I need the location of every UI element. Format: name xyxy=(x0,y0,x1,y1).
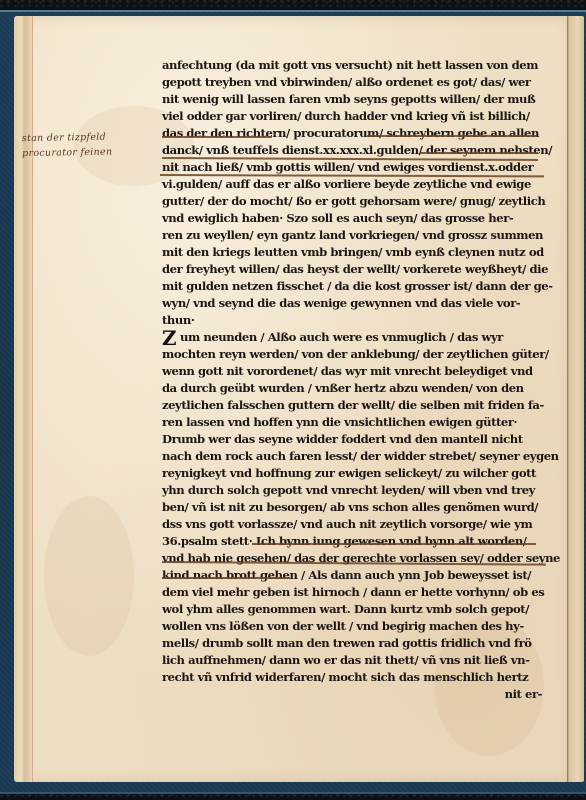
text: das der den richtern/ procuratorum/ schr… xyxy=(162,126,539,140)
paper-stain xyxy=(44,496,134,656)
ink-strikethrough xyxy=(162,577,290,579)
ink-strikethrough xyxy=(420,152,538,154)
text: nit nach ließ/ vmb gottis willen/ vnd ew… xyxy=(162,160,533,174)
text-line: nit wenig will lassen faren vmb seyns ge… xyxy=(162,91,542,108)
text-line: gutter/ der do mocht/ ßo er gott gehorsa… xyxy=(162,193,542,210)
text-line: wollen vns lößen von der wellt / vnd beg… xyxy=(162,618,542,635)
text-line: ben/ vñ ist nit zu besorgen/ ab vns scho… xyxy=(162,499,542,516)
handwritten-margin-note: stan der tizpfeld procurator feinen xyxy=(22,129,153,161)
text-line: ren zu weyllen/ eyn gantz land vorkriege… xyxy=(162,227,542,244)
text-line-underlined: danck/ vnß teuffels dienst.xx.xxx.xl.gul… xyxy=(162,142,542,159)
text-line: Drumb wer das seyne widder foddert vnd d… xyxy=(162,431,542,448)
text-line: gepott treyben vnd vbirwinden/ alßo orde… xyxy=(162,74,542,91)
text-line-underlined: kind nach brott gehen / Als dann auch yn… xyxy=(162,567,542,584)
text-line-underlined: 36.psalm stett· Ich bynn iung gewesen vn… xyxy=(162,533,542,550)
text-line: yhn durch solch gepott vnd vnrecht leyde… xyxy=(162,482,542,499)
text-line: mochten reyn werden/ von der anklebung/ … xyxy=(162,346,542,363)
text-line: dem viel mehr geben ist hirnoch / dann e… xyxy=(162,584,542,601)
text-line: vi.gulden/ auff das er alßo vorliere bey… xyxy=(162,176,542,193)
text-line-underlined: nit nach ließ/ vmb gottis willen/ vnd ew… xyxy=(162,159,542,176)
ink-strikethrough xyxy=(252,543,536,545)
text-line: thun· xyxy=(162,312,542,329)
catchword: nit er- xyxy=(162,686,542,703)
text-line-dropcap: Z um neunden / Alßo auch were es vnmugli… xyxy=(162,329,542,346)
text-line: mells/ drumb sollt man den trewen rad go… xyxy=(162,635,542,652)
text: um neunden / Alßo auch were es vnmuglich… xyxy=(180,330,503,344)
text-line: viel odder gar vorliren/ durch hadder vn… xyxy=(162,108,542,125)
text-line: nach dem rock auch faren lesst/ der widd… xyxy=(162,448,542,465)
text-line: vnd ewiglich haben· Szo soll es auch sey… xyxy=(162,210,542,227)
text-line: wenn gott nit vorordenet/ das wyr mit vn… xyxy=(162,363,542,380)
text-line: reynigkeyt vnd hoffnung zur ewigen selic… xyxy=(162,465,542,482)
text-line: anfechtung (da mit gott vns versucht) ni… xyxy=(162,57,542,74)
text-line: recht vñ vnfrid widerfaren/ mocht sich d… xyxy=(162,669,542,686)
margin-note-line: procurator feinen xyxy=(22,144,152,161)
text-line: ren lassen vnd hoffen ynn die vnsichtlic… xyxy=(162,414,542,431)
text-line: mit gulden netzen fisschet / da die kost… xyxy=(162,278,542,295)
text-line: wol yhm alles genommen wart. Dann kurtz … xyxy=(162,601,542,618)
text-line: da durch geübt wurden / vnßer hertz abzu… xyxy=(162,380,542,397)
text-line: der freyheyt willen/ das heyst der wellt… xyxy=(162,261,542,278)
photo-background: stan der tizpfeld procurator feinen anfe… xyxy=(0,0,586,800)
text-line: wyn/ vnd seynd die das wenige gewynnen v… xyxy=(162,295,542,312)
text: 36.psalm stett· Ich bynn iung gewesen vn… xyxy=(162,534,527,548)
page-fore-edge xyxy=(567,16,584,782)
text: kind nach brott gehen / Als dann auch yn… xyxy=(162,568,531,582)
drop-capital: Z xyxy=(162,328,176,348)
ink-underline xyxy=(162,136,272,138)
printed-text-block: anfechtung (da mit gott vns versucht) ni… xyxy=(162,57,542,703)
text: danck/ vnß teuffels dienst.xx.xxx.xl.gul… xyxy=(162,143,552,157)
text-line: mit den kriegs leutten vmb bringen/ vmb … xyxy=(162,244,542,261)
text-line-underlined: das der den richtern/ procuratorum/ schr… xyxy=(162,125,542,142)
ink-underline xyxy=(367,135,537,137)
text-line: lich auffnehmen/ dann wo er das nit thet… xyxy=(162,652,542,669)
text-line: zeytlichen falsschen guttern der wellt/ … xyxy=(162,397,542,414)
text-line: dss vns gott vorlassze/ vnd auch nit zey… xyxy=(162,516,542,533)
text-line-underlined: vnd hab nie gesehen/ das der gerechte vo… xyxy=(162,550,542,567)
